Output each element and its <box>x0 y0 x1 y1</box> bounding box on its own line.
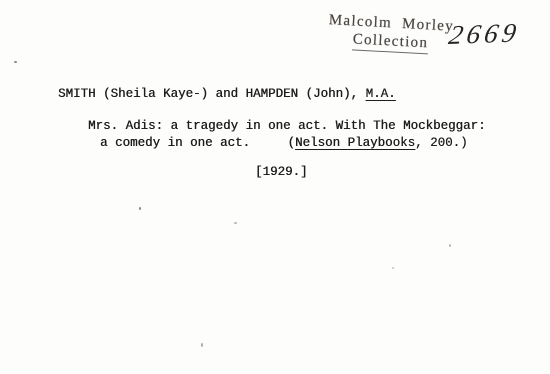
stamp-line-2: Collection <box>352 30 428 54</box>
author-heading-degree: M.A. <box>366 87 396 101</box>
title-line-2-pre: a comedy in one act. ( <box>100 136 295 150</box>
title-line-2-post: , 200.) <box>415 136 468 150</box>
accession-number: 2669 <box>446 18 522 51</box>
author-heading-text: SMITH (Sheila Kaye-) and HAMPDEN (John), <box>58 87 366 101</box>
collection-stamp: Malcolm Morley Collection <box>324 11 458 56</box>
scan-speck <box>201 343 203 347</box>
scan-speck <box>139 207 141 210</box>
series-name: Nelson Playbooks <box>295 136 415 150</box>
publication-date: [1929.] <box>255 165 308 180</box>
scan-speck <box>449 244 451 247</box>
scan-speck <box>14 61 17 63</box>
catalog-card: Malcolm Morley Collection 2669 SMITH (Sh… <box>0 0 550 374</box>
scan-speck <box>234 222 237 224</box>
author-heading: SMITH (Sheila Kaye-) and HAMPDEN (John),… <box>58 87 396 102</box>
scan-speck <box>392 267 394 269</box>
title-line-2: a comedy in one act. (Nelson Playbooks, … <box>100 136 468 151</box>
title-line-1: Mrs. Adis: a tragedy in one act. With Th… <box>88 119 486 134</box>
